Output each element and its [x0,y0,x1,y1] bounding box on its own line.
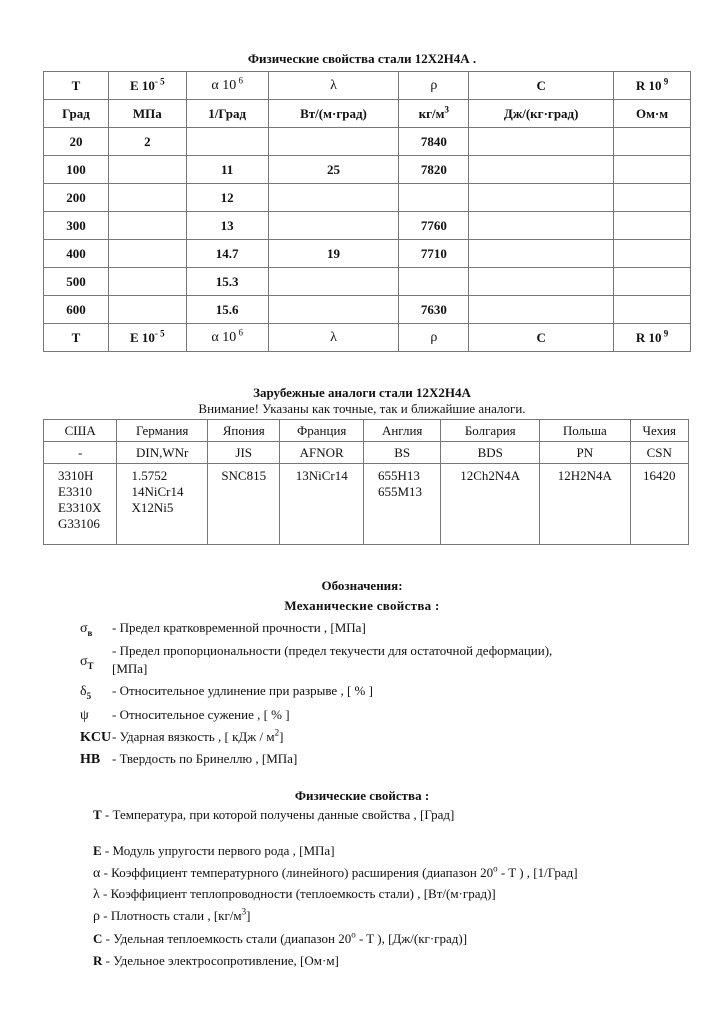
table-cell [614,184,691,212]
table-cell [268,296,399,324]
table-cell: 400 [44,240,109,268]
legend-text-tail: ] [246,908,250,923]
table-cell [469,184,614,212]
legend-symbol: E [93,843,102,858]
legend-item: ψ- Относительное сужение , [ % ] [80,707,290,724]
legend-title: Обозначения: [0,578,724,594]
table-cell: 7710 [399,240,469,268]
table-row: 20012 [44,184,691,212]
standard-cell: PN [540,442,631,464]
country-cell: Германия [117,420,208,442]
table-row: 300137760 [44,212,691,240]
unit-cell: Ом·м [614,100,691,128]
legend-text-tail: - T ), [Дж/(кг·град)] [356,931,467,946]
table-cell: 20 [44,128,109,156]
table-row: 10011257820 [44,156,691,184]
legend-text-tail: - T ) , [1/Град] [498,865,578,880]
legend-text: - Относительное сужение , [ % ] [112,707,290,722]
table-cell [108,268,186,296]
legend-text-continued: [МПа] [112,661,147,677]
table-cell [614,128,691,156]
header-symbol-cell: T [44,324,109,352]
table-cell [614,240,691,268]
legend-item: C - Удельная теплоемкость стали (диапазо… [93,931,467,947]
legend-symbol: σT [80,654,112,670]
countries-row: СШАГерманияЯпонияФранцияАнглияБолгарияПо… [44,420,689,442]
grade-cell: 13NiCr14 [280,464,364,545]
standard-cell: - [44,442,117,464]
legend-item: σв- Предел кратковременной прочности , [… [80,620,366,637]
header-symbol-cell: α 10 6 [186,324,268,352]
grade-cell: 655H13655M13 [363,464,440,545]
table-cell: 19 [268,240,399,268]
legend-symbol: HB [80,752,112,768]
table-cell [469,296,614,324]
legend-item: δ5- Относительное удлинение при разрыве … [80,683,373,700]
table-cell: 7630 [399,296,469,324]
table-cell: 14.7 [186,240,268,268]
table-cell [108,212,186,240]
grade-cell: 12Ch2N4A [441,464,540,545]
table-cell: 15.6 [186,296,268,324]
legend-item: KCU- Ударная вязкость , [ кДж / м2] [80,729,283,746]
superscript: - 5 [155,328,165,338]
table-cell: 7820 [399,156,469,184]
superscript: 9 [661,76,668,86]
table-row: 60015.67630 [44,296,691,324]
header-symbol-cell: C [469,324,614,352]
symbol-header-row: TE 10- 5α 10 6λρCR 10 9 [44,324,691,352]
analogs-table-title: Зарубежные аналоги стали 12Х2Н4А [0,385,724,401]
legend-symbol: C [93,931,102,946]
country-cell: Польша [540,420,631,442]
table-cell [399,184,469,212]
legend-symbol: ρ [93,909,100,924]
grade-cell: 3310HE3310E3310XG33106 [44,464,117,545]
table-cell: 25 [268,156,399,184]
legend-text: - Удельная теплоемкость стали (диапазон … [102,931,351,946]
table-cell [268,128,399,156]
table-cell: 600 [44,296,109,324]
table-row: 40014.7197710 [44,240,691,268]
legend-text: - Коэффициент температурного (линейного)… [100,865,493,880]
legend-text: - Плотность стали , [кг/м [100,908,242,923]
header-symbol-cell: R 10 9 [614,72,691,100]
legend-symbol: KCU [80,730,112,746]
standard-cell: BS [363,442,440,464]
superscript: 9 [661,328,668,338]
units-row: ГрадМПа1/ГрадВт/(м·град)кг/м3Дж/(кг·град… [44,100,691,128]
table-cell [469,128,614,156]
legend-item: R - Удельное электросопротивление, [Ом·м… [93,953,339,969]
table-cell: 13 [186,212,268,240]
legend-symbol: T [93,807,102,822]
table-cell: 7840 [399,128,469,156]
table-row: 50015.3 [44,268,691,296]
subscript: в [88,628,93,638]
header-symbol-cell: α 10 6 [186,72,268,100]
table-cell [186,128,268,156]
table-cell [268,212,399,240]
superscript: 6 [236,327,243,337]
legend-item: HB- Твердость по Бринеллю , [МПа] [80,751,297,768]
header-symbol-cell: ρ [399,324,469,352]
table-cell: 7760 [399,212,469,240]
table-row: 2027840 [44,128,691,156]
legend-item: σT- Предел пропорциональности (предел те… [80,643,552,660]
table-cell [108,156,186,184]
header-symbol-cell: ρ [399,72,469,100]
grade-cell: 1.575214NiCr14X12Ni5 [117,464,208,545]
legend-symbol: δ5 [80,684,112,700]
superscript: - 5 [155,76,165,86]
legend-text: - Предел пропорциональности (предел теку… [112,643,552,658]
header-symbol-cell: λ [268,72,399,100]
subscript: 5 [87,691,92,701]
grades-row: 3310HE3310E3310XG331061.575214NiCr14X12N… [44,464,689,545]
table-cell [268,184,399,212]
country-cell: Англия [363,420,440,442]
table-cell [614,212,691,240]
legend-symbol: σв [80,621,112,637]
legend-item: α - Коэффициент температурного (линейног… [93,865,578,882]
unit-cell: Град [44,100,109,128]
unit-cell: МПа [108,100,186,128]
legend-text: - Модуль упругости первого рода , [МПа] [102,843,335,858]
legend-symbol: ψ [80,708,112,724]
table-cell [614,156,691,184]
header-symbol-cell: T [44,72,109,100]
unit-cell: 1/Град [186,100,268,128]
legend-text: - Предел кратковременной прочности , [МП… [112,620,366,635]
table-cell: 12 [186,184,268,212]
table-cell [614,296,691,324]
table-cell [469,156,614,184]
table-cell [268,268,399,296]
header-symbol-cell: C [469,72,614,100]
legend-text: - Удельное электросопротивление, [Ом·м] [102,953,339,968]
grade-cell: 16420 [630,464,688,545]
table-cell: 11 [186,156,268,184]
legend-text: - Относительное удлинение при разрыве , … [112,683,373,698]
legend-item: T - Температура, при которой получены да… [93,807,454,823]
legend-item: ρ - Плотность стали , [кг/м3] [93,908,250,925]
subscript: T [88,661,94,671]
legend-item: λ - Коэффициент теплопроводности (теплое… [93,886,496,903]
table-cell: 15.3 [186,268,268,296]
mechanical-title: Механические свойства : [0,598,724,614]
legend-text-tail: ] [279,729,283,744]
country-cell: Япония [208,420,280,442]
standard-cell: CSN [630,442,688,464]
header-symbol-cell: E 10- 5 [108,72,186,100]
standard-cell: AFNOR [280,442,364,464]
physical-properties-table: TE 10- 5α 10 6λρCR 10 9ГрадМПа1/ГрадВт/(… [43,71,691,352]
header-symbol-cell: E 10- 5 [108,324,186,352]
standard-cell: DIN,WNr [117,442,208,464]
physical-table-title: Физические свойства стали 12Х2Н4А . [0,51,724,67]
superscript: 6 [236,75,243,85]
table-cell [469,268,614,296]
grade-cell: SNC815 [208,464,280,545]
standard-cell: BDS [441,442,540,464]
foreign-analogs-table: СШАГерманияЯпонияФранцияАнглияБолгарияПо… [43,419,689,545]
physical-title: Физические свойства : [0,788,724,804]
country-cell: Болгария [441,420,540,442]
table-cell: 500 [44,268,109,296]
table-cell: 2 [108,128,186,156]
country-cell: Франция [280,420,364,442]
standard-cell: JIS [208,442,280,464]
analogs-note: Внимание! Указаны как точные, так и ближ… [0,401,724,417]
legend-text: - Твердость по Бринеллю , [МПа] [112,751,297,766]
legend-symbol: R [93,953,102,968]
table-cell: 100 [44,156,109,184]
table-cell [108,184,186,212]
superscript: 3 [445,104,450,114]
header-symbol-cell: λ [268,324,399,352]
table-cell [108,240,186,268]
legend-symbol: λ [93,887,100,902]
unit-cell: Вт/(м·град) [268,100,399,128]
table-cell [469,212,614,240]
unit-cell: Дж/(кг·град) [469,100,614,128]
table-cell [614,268,691,296]
legend-item: E - Модуль упругости первого рода , [МПа… [93,843,335,859]
header-symbol-cell: R 10 9 [614,324,691,352]
symbol-header-row: TE 10- 5α 10 6λρCR 10 9 [44,72,691,100]
grade-cell: 12H2N4A [540,464,631,545]
country-cell: США [44,420,117,442]
table-cell [108,296,186,324]
legend-text: - Температура, при которой получены данн… [102,807,455,822]
table-cell: 200 [44,184,109,212]
legend-text: - Коэффициент теплопроводности (теплоемк… [100,886,496,901]
unit-cell: кг/м3 [399,100,469,128]
legend-text: - Ударная вязкость , [ кДж / м [112,729,275,744]
table-cell: 300 [44,212,109,240]
table-cell [469,240,614,268]
standards-row: -DIN,WNrJISAFNORBSBDSPNCSN [44,442,689,464]
country-cell: Чехия [630,420,688,442]
table-cell [399,268,469,296]
